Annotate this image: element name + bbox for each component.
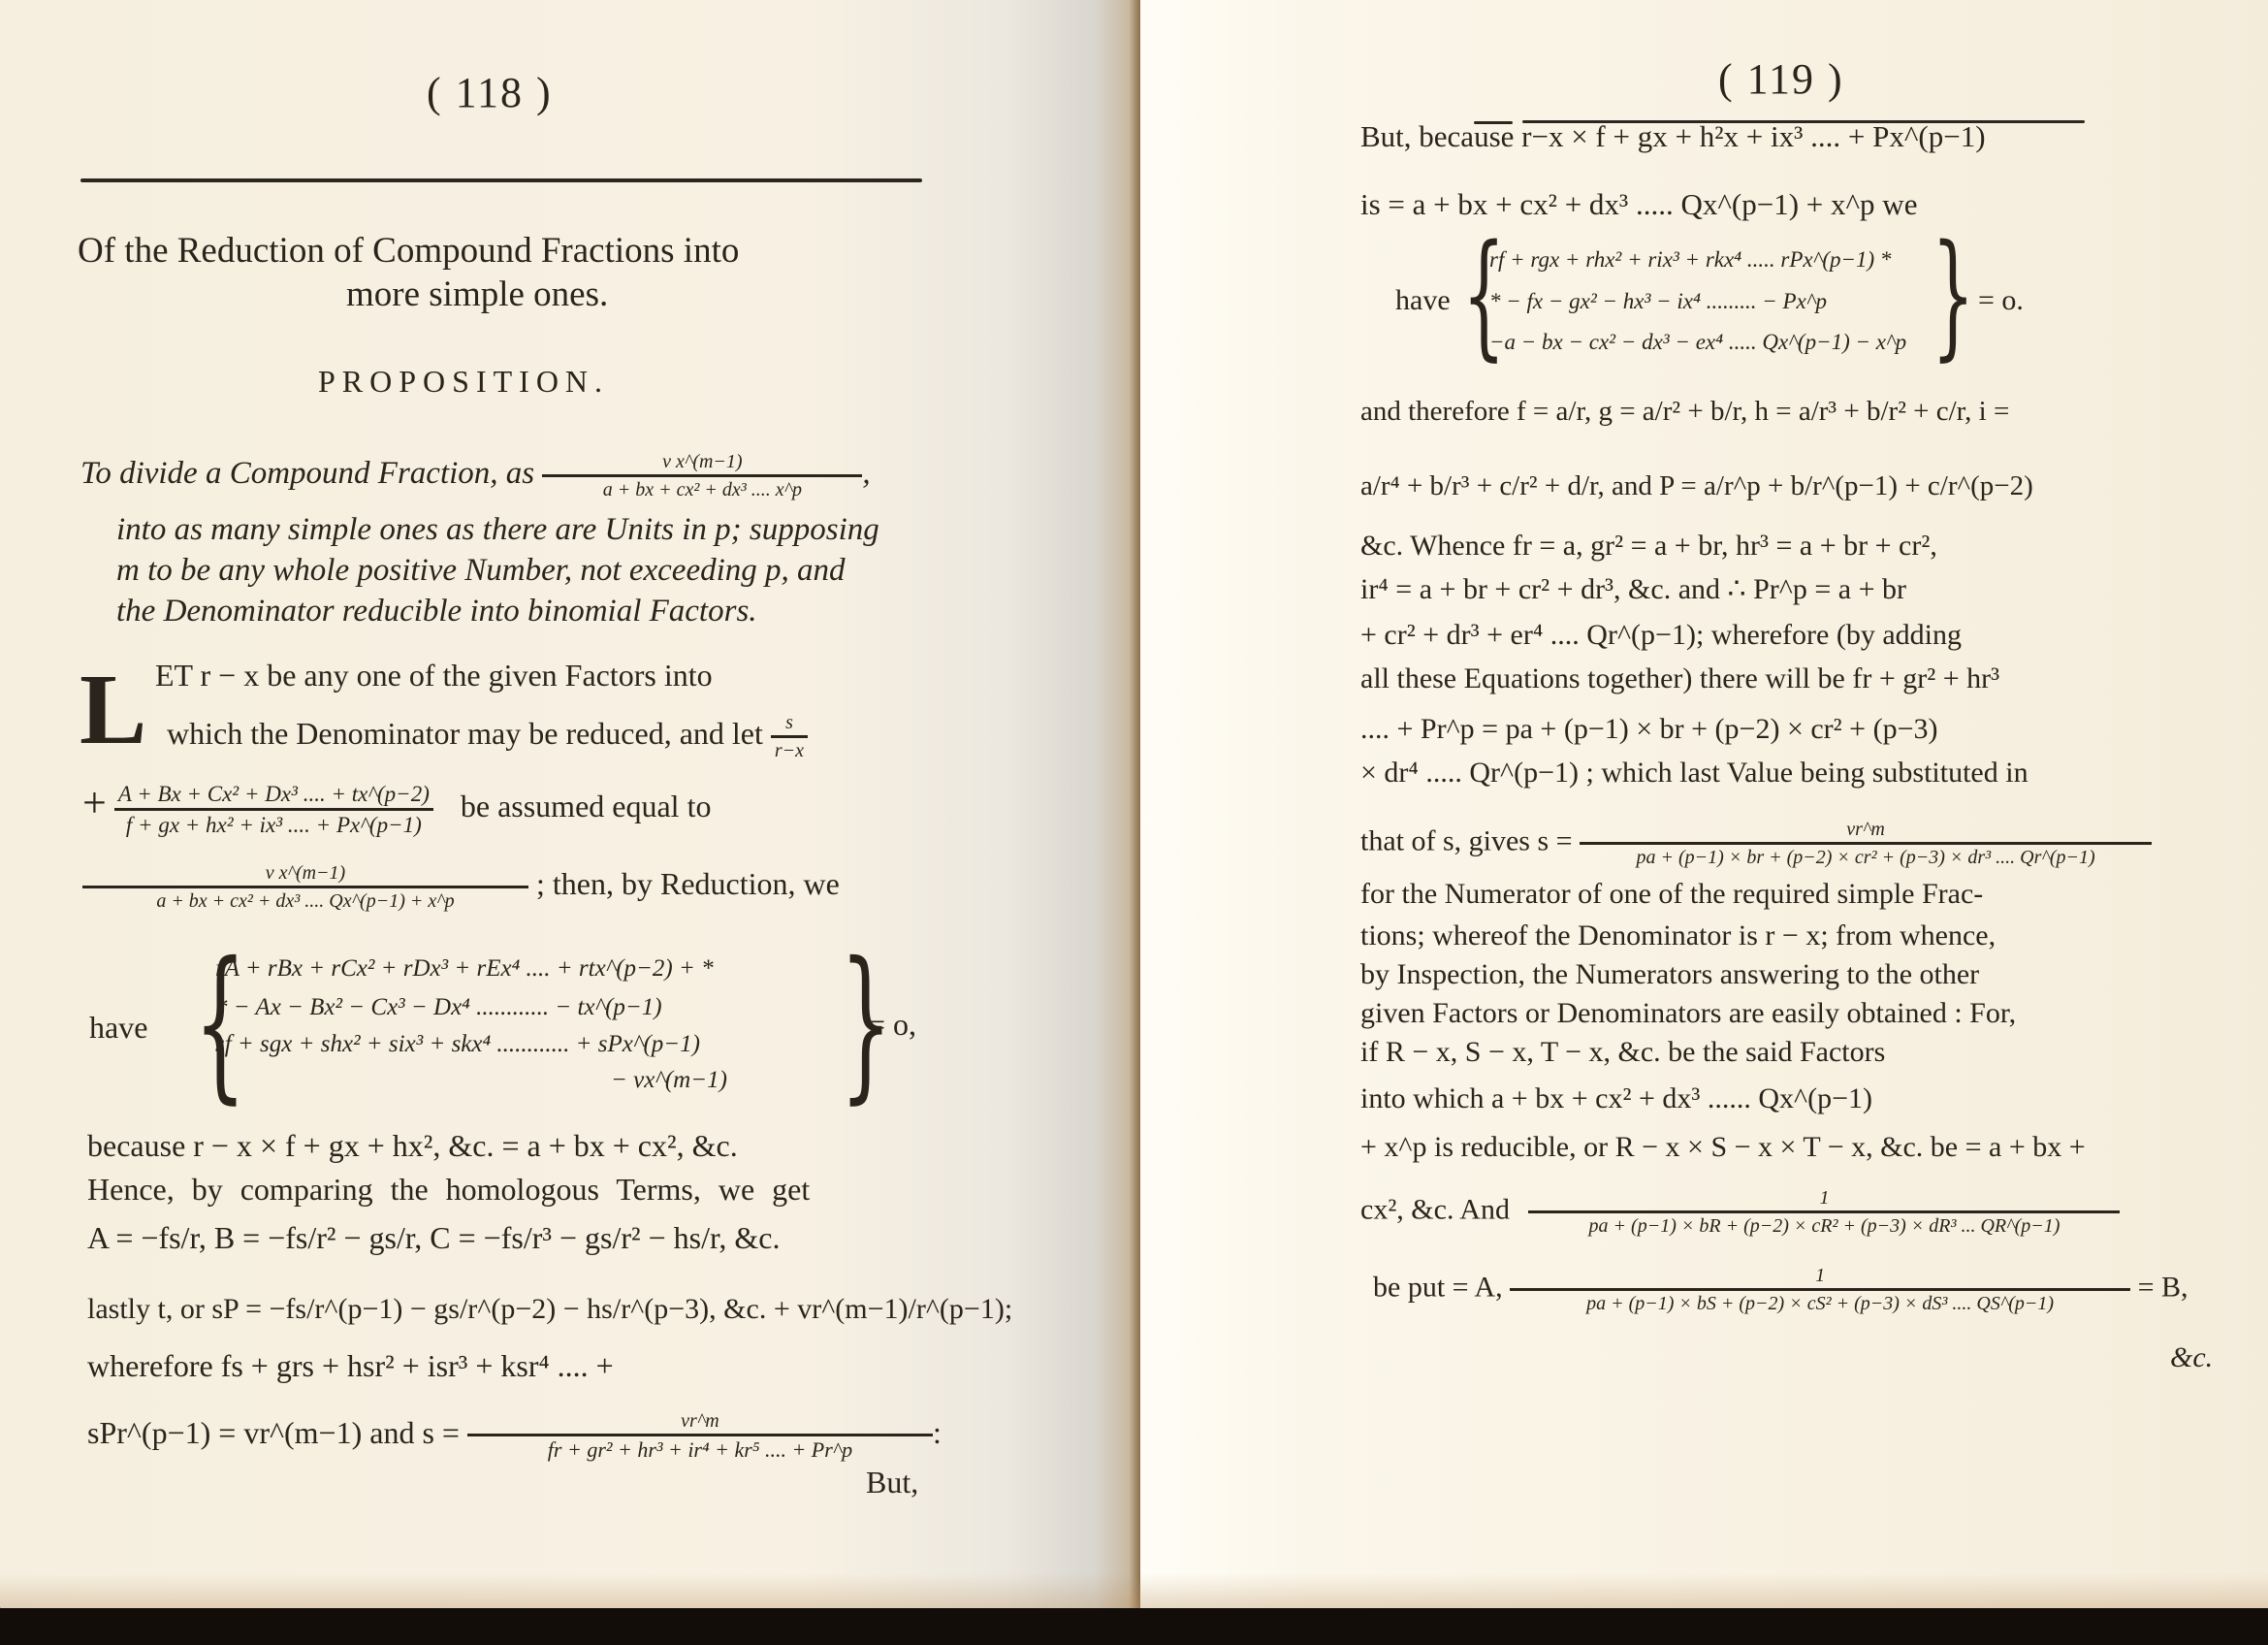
hence-line: Hence, by comparing the homologous Terms… (87, 1174, 810, 1205)
therefore-line: and therefore f = a/r, g = a/r² + b/r, h… (1360, 398, 2009, 426)
have-label: have (89, 1012, 147, 1043)
body-line3: + A + Bx + Cx² + Dx³ .... + tx^(p−2) f +… (82, 782, 711, 836)
proposition-line2: into as many simple ones as there are Un… (116, 514, 879, 546)
body-line: by Inspection, the Numerators answering … (1360, 960, 1979, 989)
body-line: all these Equations together) there will… (1360, 664, 1999, 693)
fraction: A + Bx + Cx² + Dx³ .... + tx^(p−2) f + g… (114, 783, 433, 836)
drop-cap: L (80, 660, 146, 760)
system-row: * − Ax − Bx² − Cx³ − Dx⁴ ............ − … (215, 994, 662, 1021)
system-result: = o, (868, 1009, 916, 1040)
have-label: have (1395, 286, 1451, 315)
put-line: be put = A, 1 pa + (p−1) × bS + (p−2) × … (1373, 1266, 2188, 1313)
body-line: × dr⁴ ..... Qr^(p−1) ; which last Value … (1360, 758, 2028, 788)
page-number-left: ( 118 ) (427, 68, 553, 117)
catchword-right: &c. (2170, 1343, 2213, 1372)
body-line: + x^p is reducible, or R − x × S − x × T… (1360, 1133, 2086, 1162)
body-line: if R − x, S − x, T − x, &c. be the said … (1360, 1038, 1885, 1067)
body-line: + cr² + dr³ + er⁴ .... Qr^(p−1); wherefo… (1360, 621, 1962, 650)
body-line2: which the Denominator may be reduced, an… (167, 713, 808, 760)
fraction: 1 pa + (p−1) × bR + (p−2) × cR² + (p−3) … (1528, 1188, 2120, 1236)
wherefore-line: wherefore fs + grs + hsr² + isr³ + ksr⁴ … (87, 1350, 614, 1381)
fraction: vr^m pa + (p−1) × br + (p−2) × cr² + (p−… (1580, 820, 2152, 867)
system-result: = o. (1978, 286, 2024, 315)
coefficient-line: A = −fs/r, B = −fs/r² − gs/r, C = −fs/r³… (87, 1222, 780, 1253)
left-page: ( 118 ) Of the Reduction of Compound Fra… (0, 0, 1140, 1612)
book-spread: ( 118 ) Of the Reduction of Compound Fra… (0, 0, 2268, 1612)
proposition-heading: PROPOSITION. (318, 366, 609, 397)
page-number-right: ( 119 ) (1718, 54, 1844, 104)
vinculum (1522, 120, 2085, 123)
gives-line: that of s, gives s = vr^m pa + (p−1) × b… (1360, 820, 2152, 867)
system-row: rf + rgx + rhx² + rix³ + rkx⁴ ..... rPx^… (1489, 247, 1891, 273)
body-line: .... + Pr^p = pa + (p−1) × br + (p−2) × … (1360, 715, 1938, 744)
body-line4: v x^(m−1) a + bx + cx² + dx³ .... Qx^(p−… (82, 863, 840, 911)
coefficients-line: a/r⁴ + b/r³ + c/r² + d/r, and P = a/r^p … (1360, 472, 2033, 500)
catchword-left: But, (866, 1467, 918, 1498)
proposition-line3: m to be any whole positive Number, not e… (116, 555, 846, 587)
because-line: because r − x × f + gx + hx², &c. = a + … (87, 1130, 738, 1161)
body-line: ir⁴ = a + br + cr² + dr³, &c. and ∴ Pr^p… (1360, 575, 1906, 604)
section-title-line2: more simple ones. (346, 276, 608, 312)
body-line: &c. Whence fr = a, gr² = a + br, hr³ = a… (1360, 532, 1937, 561)
s-equation-line: sPr^(p−1) = vr^(m−1) and s = vr^m fr + g… (87, 1411, 942, 1461)
system-row: sf + sgx + shx² + six³ + skx⁴ ..........… (215, 1031, 700, 1058)
system-row: * − fx − gx² − hx³ − ix⁴ ......... − Px^… (1489, 289, 1827, 314)
proposition-line4: the Denominator reducible into binomial … (116, 596, 757, 628)
fraction: v x^(m−1) a + bx + cx² + dx³ .... Qx^(p−… (82, 863, 528, 911)
fraction: vr^m fr + gr² + hr³ + ir⁴ + kr⁵ .... + P… (467, 1411, 933, 1461)
body-line: But, because r−x × f + gx + h²x + ix³ ..… (1360, 121, 1986, 151)
header-rule (80, 178, 922, 182)
vinculum (1474, 121, 1513, 124)
book-bottom-edge (0, 1608, 2268, 1645)
fraction: 1 pa + (p−1) × bS + (p−2) × cS² + (p−3) … (1510, 1266, 2130, 1313)
system-row: −a − bx − cx² − dx³ − ex⁴ ..... Qx^(p−1)… (1489, 330, 1906, 355)
body-line: is = a + bx + cx² + dx³ ..... Qx^(p−1) +… (1360, 189, 1917, 219)
lastly-line: lastly t, or sP = −fs/r^(p−1) − gs/r^(p−… (87, 1295, 1012, 1324)
body-line1: ET r − x be any one of the given Factors… (155, 660, 713, 691)
right-page: ( 119 ) But, because r−x × f + gx + h²x … (1140, 0, 2268, 1612)
fraction: v x^(m−1) a + bx + cx² + dx³ .... x^p (542, 452, 862, 500)
system-row: rA + rBx + rCx² + rDx³ + rEx⁴ .... + rtx… (215, 955, 714, 983)
and-line: cx², &c. And 1 pa + (p−1) × bR + (p−2) ×… (1360, 1188, 2120, 1236)
section-title-line1: Of the Reduction of Compound Fractions i… (78, 233, 739, 269)
body-line: into which a + bx + cx² + dx³ ...... Qx^… (1360, 1084, 1872, 1113)
body-line: for the Numerator of one of the required… (1360, 880, 1983, 909)
proposition-line1: To divide a Compound Fraction, as v x^(m… (80, 452, 871, 500)
body-line: given Factors or Denominators are easily… (1360, 999, 2016, 1028)
body-line: tions; whereof the Denominator is r − x;… (1360, 921, 1996, 951)
system-row: − vx^(m−1) (611, 1067, 727, 1094)
fraction: s r−x (771, 713, 808, 760)
right-brace: } (1932, 228, 1975, 364)
